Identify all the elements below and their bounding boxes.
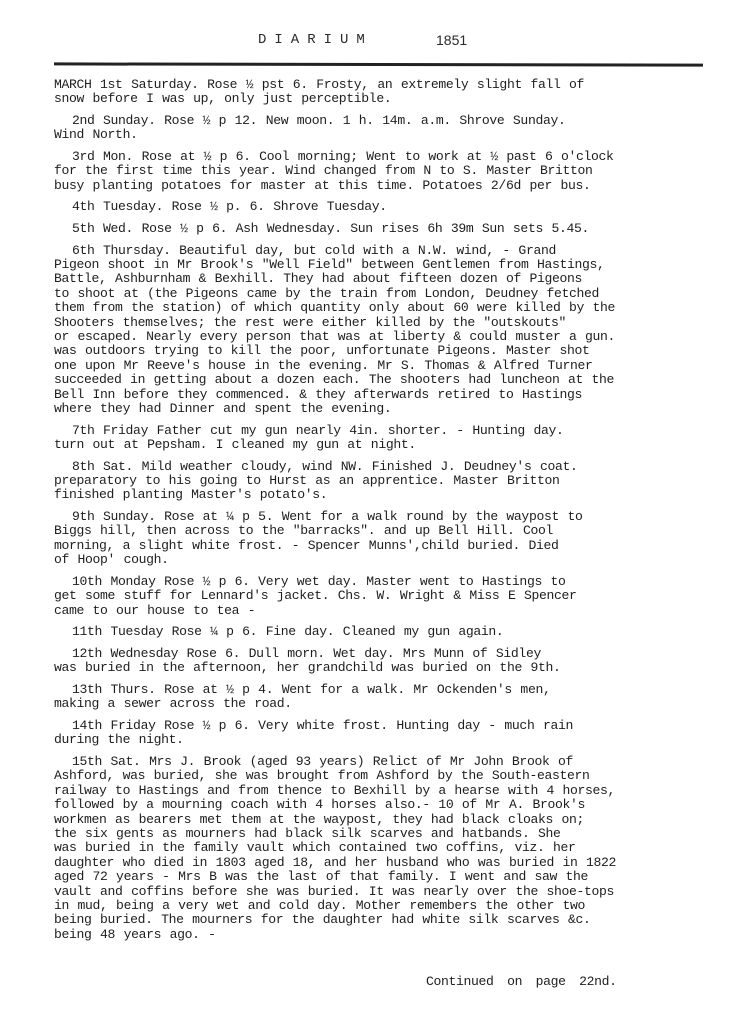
entry-line: or escaped. Nearly every person that was… [54, 330, 714, 344]
entry-line: 8th Sat. Mild weather cloudy, wind NW. F… [54, 460, 714, 474]
entry-line: Bell Inn before they commenced. & they a… [54, 388, 714, 402]
diary-entry: 4th Tuesday. Rose ½ p. 6. Shrove Tuesday… [54, 200, 714, 214]
entry-line: making a sewer across the road. [54, 697, 714, 711]
entry-line: Shooters themselves; the rest were eithe… [54, 316, 714, 330]
diary-entry: 11th Tuesday Rose ¼ p 6. Fine day. Clean… [54, 625, 714, 639]
diary-entry: 9th Sunday. Rose at ¼ p 5. Went for a wa… [54, 510, 714, 568]
entry-line: MARCH 1st Saturday. Rose ½ pst 6. Frosty… [54, 78, 714, 92]
entry-line: railway to Hastings and from thence to B… [54, 784, 714, 798]
entry-line: 3rd Mon. Rose at ½ p 6. Cool morning; We… [54, 150, 714, 164]
entry-line: was buried in the afternoon, her grandch… [54, 661, 714, 675]
diary-entry: 14th Friday Rose ½ p 6. Very white frost… [54, 719, 714, 748]
entry-line: where they had Dinner and spent the even… [54, 402, 714, 416]
entry-line: 14th Friday Rose ½ p 6. Very white frost… [54, 719, 714, 733]
entry-line: one upon Mr Reeve's house in the evening… [54, 359, 714, 373]
entry-line: vault and coffins before she was buried.… [54, 885, 714, 899]
entry-line: followed by a mourning coach with 4 hors… [54, 798, 714, 812]
diary-entry: 15th Sat. Mrs J. Brook (aged 93 years) R… [54, 755, 714, 942]
entry-line: the six gents as mourners had black silk… [54, 827, 714, 841]
diary-title: DIARIUM [258, 32, 373, 48]
entry-line: for the first time this year. Wind chang… [54, 164, 714, 178]
diary-entry: 6th Thursday. Beautiful day, but cold wi… [54, 244, 714, 417]
entry-line: during the night. [54, 733, 714, 747]
continued-note: Continued on page 22nd. [426, 974, 617, 989]
entry-line: preparatory to his going to Hurst as an … [54, 474, 714, 488]
entry-line: aged 72 years - Mrs B was the last of th… [54, 870, 714, 884]
entry-line: daughter who died in 1803 aged 18, and h… [54, 856, 714, 870]
entry-line: came to our house to tea - [54, 604, 714, 618]
entry-line: Wind North. [54, 128, 714, 142]
diary-entry: MARCH 1st Saturday. Rose ½ pst 6. Frosty… [54, 78, 714, 107]
entry-line: 6th Thursday. Beautiful day, but cold wi… [54, 244, 714, 258]
entry-line: Biggs hill, then across to the "barracks… [54, 524, 714, 538]
entry-line: being buried. The mourners for the daugh… [54, 913, 714, 927]
entry-line: 2nd Sunday. Rose ½ p 12. New moon. 1 h. … [54, 114, 714, 128]
entry-line: Battle, Ashburnham & Bexhill. They had a… [54, 272, 714, 286]
entry-line: snow before I was up, only just percepti… [54, 92, 714, 106]
diary-entry: 5th Wed. Rose ½ p 6. Ash Wednesday. Sun … [54, 222, 714, 236]
entry-line: 5th Wed. Rose ½ p 6. Ash Wednesday. Sun … [54, 222, 714, 236]
entry-line: get some stuff for Lennard's jacket. Chs… [54, 589, 714, 603]
entry-line: 11th Tuesday Rose ¼ p 6. Fine day. Clean… [54, 625, 714, 639]
entry-line: 15th Sat. Mrs J. Brook (aged 93 years) R… [54, 755, 714, 769]
diary-entry: 10th Monday Rose ½ p 6. Very wet day. Ma… [54, 575, 714, 618]
diary-entry: 3rd Mon. Rose at ½ p 6. Cool morning; We… [54, 150, 714, 193]
entry-line: in mud, being a very wet and cold day. M… [54, 899, 714, 913]
entry-line: 4th Tuesday. Rose ½ p. 6. Shrove Tuesday… [54, 200, 714, 214]
entry-line: was buried in the family vault which con… [54, 841, 714, 855]
page-header: DIARIUM 1851 [0, 28, 737, 52]
entry-line: was outdoors trying to kill the poor, un… [54, 344, 714, 358]
entry-line: Ashford, was buried, she was brought fro… [54, 769, 714, 783]
entry-line: to shoot at (the Pigeons came by the tra… [54, 287, 714, 301]
entry-line: turn out at Pepsham. I cleaned my gun at… [54, 438, 714, 452]
entry-line: morning, a slight white frost. - Spencer… [54, 539, 714, 553]
diary-entry: 7th Friday Father cut my gun nearly 4in.… [54, 424, 714, 453]
entry-line: being 48 years ago. - [54, 928, 714, 942]
entry-line: busy planting potatoes for master at thi… [54, 179, 714, 193]
diary-entry: 8th Sat. Mild weather cloudy, wind NW. F… [54, 460, 714, 503]
diary-year: 1851 [436, 32, 467, 48]
diary-entries: MARCH 1st Saturday. Rose ½ pst 6. Frosty… [54, 78, 714, 949]
entry-line: Pigeon shoot in Mr Brook's "Well Field" … [54, 258, 714, 272]
entry-line: 13th Thurs. Rose at ½ p 4. Went for a wa… [54, 683, 714, 697]
entry-line: workmen as bearers met them at the waypo… [54, 813, 714, 827]
header-rule [54, 62, 703, 66]
entry-line: succeeded in getting about a dozen each.… [54, 373, 714, 387]
diary-entry: 12th Wednesday Rose 6. Dull morn. Wet da… [54, 647, 714, 676]
entry-line: 9th Sunday. Rose at ¼ p 5. Went for a wa… [54, 510, 714, 524]
entry-line: them from the station) of which quantity… [54, 301, 714, 315]
entry-line: finished planting Master's potato's. [54, 488, 714, 502]
entry-line: 12th Wednesday Rose 6. Dull morn. Wet da… [54, 647, 714, 661]
diary-entry: 13th Thurs. Rose at ½ p 4. Went for a wa… [54, 683, 714, 712]
entry-line: 10th Monday Rose ½ p 6. Very wet day. Ma… [54, 575, 714, 589]
entry-line: of Hoop' cough. [54, 553, 714, 567]
entry-line: 7th Friday Father cut my gun nearly 4in.… [54, 424, 714, 438]
diary-entry: 2nd Sunday. Rose ½ p 12. New moon. 1 h. … [54, 114, 714, 143]
